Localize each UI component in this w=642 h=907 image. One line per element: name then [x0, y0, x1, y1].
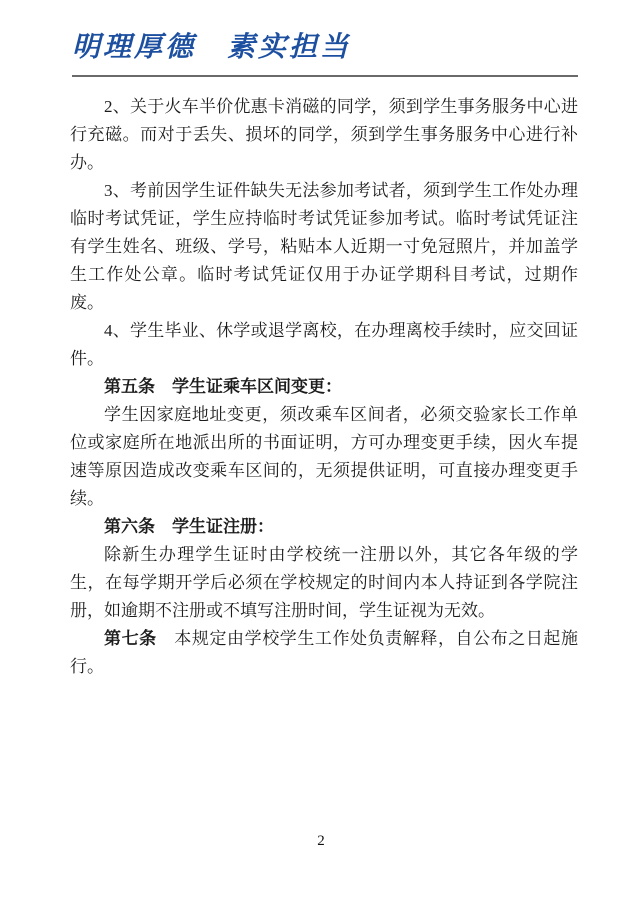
document-body: 2、关于火车半价优惠卡消磁的同学，须到学生事务服务中心进行充磁。而对于丢失、损坏…	[70, 93, 578, 681]
page-number: 2	[317, 833, 325, 849]
page-header: 明理厚德 素实担当	[72, 28, 578, 68]
paragraph: 2、关于火车半价优惠卡消磁的同学，须到学生事务服务中心进行充磁。而对于丢失、损坏…	[70, 93, 578, 177]
header-rule-divider	[72, 75, 578, 77]
section-heading: 第六条 学生证注册：	[70, 513, 578, 541]
document-page: 明理厚德 素实担当 2、关于火车半价优惠卡消磁的同学，须到学生事务服务中心进行充…	[0, 0, 642, 907]
paragraph-lead: 第五条 学生证乘车区间变更：	[104, 377, 342, 396]
paragraph-text: 2、关于火车半价优惠卡消磁的同学，须到学生事务服务中心进行充磁。而对于丢失、损坏…	[70, 97, 578, 172]
paragraph: 学生因家庭地址变更，须改乘车区间者，必须交验家长工作单位或家庭所在地派出所的书面…	[70, 401, 578, 513]
paragraph-lead: 第七条	[104, 629, 157, 648]
paragraph-lead: 第六条 学生证注册：	[104, 517, 274, 536]
paragraph: 除新生办理学生证时由学校统一注册以外，其它各年级的学生，在每学期开学后必须在学校…	[70, 541, 578, 625]
paragraph: 4、学生毕业、休学或退学离校，在办理离校手续时，应交回证件。	[70, 317, 578, 373]
page-footer: 2	[0, 831, 642, 851]
paragraph-text: 除新生办理学生证时由学校统一注册以外，其它各年级的学生，在每学期开学后必须在学校…	[70, 545, 578, 620]
section-heading: 第五条 学生证乘车区间变更：	[70, 373, 578, 401]
paragraph: 第七条 本规定由学校学生工作处负责解释，自公布之日起施行。	[70, 625, 578, 681]
paragraph: 3、考前因学生证件缺失无法参加考试者，须到学生工作处办理临时考试凭证，学生应持临…	[70, 177, 578, 317]
paragraph-text: 3、考前因学生证件缺失无法参加考试者，须到学生工作处办理临时考试凭证，学生应持临…	[70, 181, 578, 312]
paragraph-text: 4、学生毕业、休学或退学离校，在办理离校手续时，应交回证件。	[70, 321, 578, 368]
header-motto: 明理厚德 素实担当	[72, 28, 578, 68]
paragraph-text: 学生因家庭地址变更，须改乘车区间者，必须交验家长工作单位或家庭所在地派出所的书面…	[70, 405, 578, 508]
